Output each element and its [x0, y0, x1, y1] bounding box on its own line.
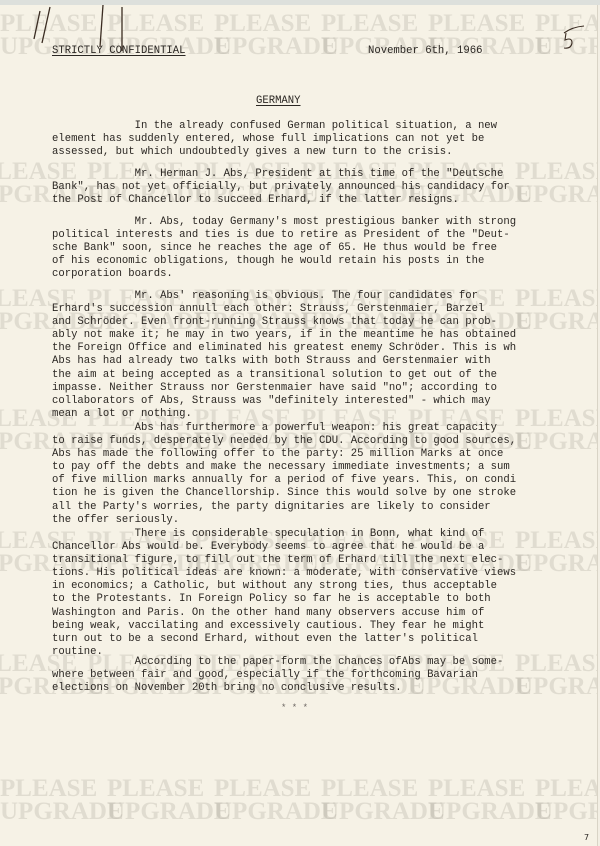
document-title: GERMANY [256, 95, 301, 108]
text-line: turn out to be a second Erhard, without … [52, 633, 598, 646]
text-line: the offer seriously. [52, 514, 598, 527]
text-line: the Post of Chancellor to succeed Erhard… [52, 194, 598, 207]
text-line: being weak, vaccilating and excessively … [52, 620, 598, 633]
text-line: tion he is given the Chancellorship. Sin… [52, 487, 598, 500]
text-line: According to the paper-form the chances … [52, 656, 598, 669]
paragraph-7: According to the paper-form the chances … [52, 656, 598, 695]
section-separator: * * * [281, 702, 308, 715]
text-line: corporation boards. [52, 268, 598, 281]
handwritten-slash-marks [28, 5, 128, 60]
paragraph-3: Mr. Abs, today Germany's most prestigiou… [52, 216, 598, 281]
text-line: assessed, but which undoubtedly gives a … [52, 146, 598, 159]
text-line: all the Party's worries, the party digni… [52, 501, 598, 514]
text-line: Mr. Herman J. Abs, President at this tim… [52, 168, 598, 181]
text-line: There is considerable speculation in Bon… [52, 528, 598, 541]
text-line: in economics; a Catholic, but without an… [52, 580, 598, 593]
text-line: to the Protestants. In Foreign Policy so… [52, 593, 598, 606]
text-line: collaborators of Abs, Strauss was "defin… [52, 395, 598, 408]
handwritten-page-number-5 [560, 23, 598, 55]
text-line: political interests and ties is due to r… [52, 229, 598, 242]
paragraph-1: In the already confused German political… [52, 120, 598, 159]
text-line: Abs has had already two talks with both … [52, 355, 598, 368]
text-line: Erhard's succession annull each other: S… [52, 303, 598, 316]
text-line: Washington and Paris. On the other hand … [52, 607, 598, 620]
paragraph-5: Abs has furthermore a powerful weapon: h… [52, 422, 598, 527]
text-line: mean a lot or nothing. [52, 408, 598, 421]
text-line: to raise funds, desperately needed by th… [52, 435, 598, 448]
text-line: Abs has made the following offer to the … [52, 448, 598, 461]
text-line: tions. His political ideas are known: a … [52, 567, 598, 580]
footer-page-mark: 7 [584, 831, 589, 844]
text-line: Abs has furthermore a powerful weapon: h… [52, 422, 598, 435]
text-line: Chancellor Abs would be. Everybody seems… [52, 541, 598, 554]
text-line: Mr. Abs' reasoning is obvious. The four … [52, 290, 598, 303]
text-line: sche Bank" soon, since he reaches the ag… [52, 242, 598, 255]
text-line: Mr. Abs, today Germany's most prestigiou… [52, 216, 598, 229]
watermark-row: UPGRADEUPGRADEUPGRADEUPGRADEUPGRADEUPGRA… [0, 798, 598, 826]
watermark-row: PLEASEPLEASEPLEASEPLEASEPLEASEPLEASE [0, 775, 598, 803]
text-line: the Foreign Office and eliminated his gr… [52, 342, 598, 355]
document-date: November 6th, 1966 [368, 45, 482, 58]
paragraph-4: Mr. Abs' reasoning is obvious. The four … [52, 290, 598, 421]
text-line: transitional figure, to fill out the ter… [52, 554, 598, 567]
text-line: where between fair and good, especially … [52, 669, 598, 682]
text-line: of five million marks annually for a per… [52, 474, 598, 487]
paragraph-6: There is considerable speculation in Bon… [52, 528, 598, 659]
text-line: Bank", has not yet officially, but priva… [52, 181, 598, 194]
document-page: PLEASEPLEASEPLEASEPLEASEPLEASEPLEASE UPG… [0, 5, 598, 846]
text-line: to pay off the debts and make the necess… [52, 461, 598, 474]
text-line: of his economic obligations, though he w… [52, 255, 598, 268]
text-line: the aim at being accepted as a transitio… [52, 369, 598, 382]
text-line: elections on November 20th bring no conc… [52, 682, 598, 695]
paragraph-2: Mr. Herman J. Abs, President at this tim… [52, 168, 598, 207]
text-line: In the already confused German political… [52, 120, 598, 133]
text-line: ably not make it; he may in two years, i… [52, 329, 598, 342]
text-line: impasse. Neither Strauss nor Gerstenmaie… [52, 382, 598, 395]
text-line: and Schröder. Even front-running Strauss… [52, 316, 598, 329]
text-line: element has suddenly entered, whose full… [52, 133, 598, 146]
